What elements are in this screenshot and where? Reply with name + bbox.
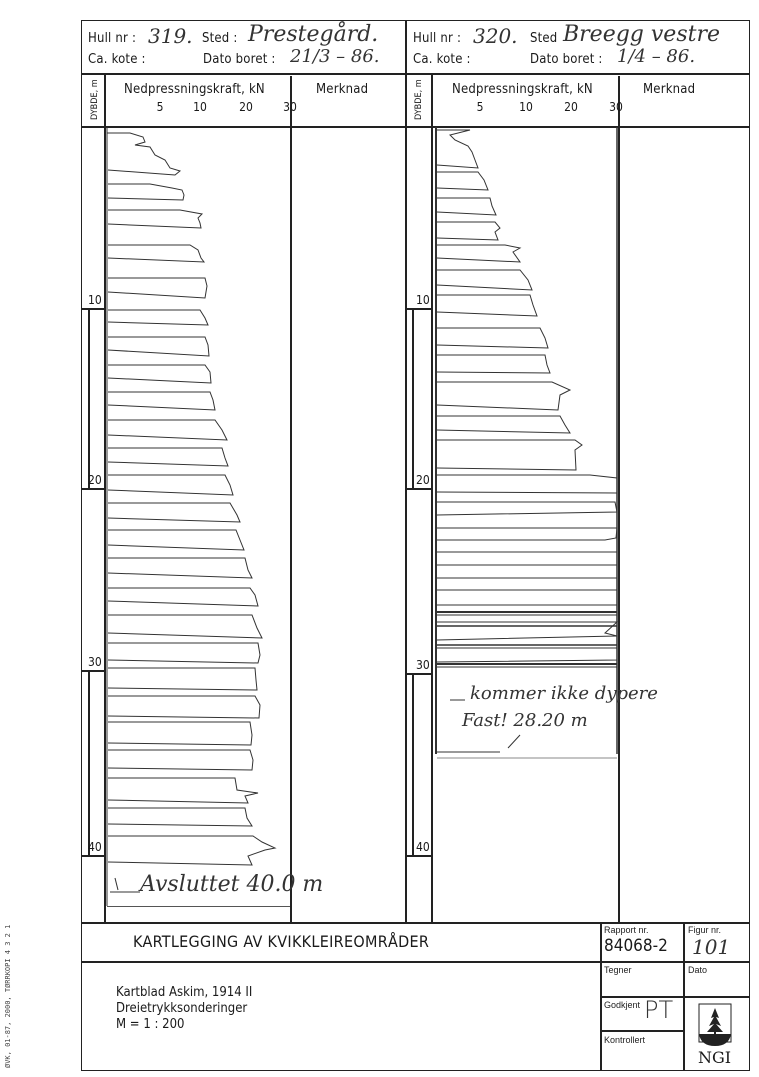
scale: M = 1 : 200 (116, 1017, 252, 1033)
figur-number: 101 (692, 935, 730, 959)
sheet-description: Kartblad Askim, 1914 II Dreietrykksonder… (116, 985, 252, 1033)
godkjent-label: Godkjent (604, 1000, 640, 1010)
sounding-curve-320 (0, 0, 759, 1077)
rapport-label: Rapport nr. (604, 925, 649, 935)
tegner-label: Tegner (604, 965, 632, 975)
refusal-note-line2: Fast! 28.20 m (462, 710, 588, 731)
figur-label: Figur nr. (688, 925, 721, 935)
kontrollert-label: Kontrollert (604, 1035, 645, 1045)
map-sheet: Kartblad Askim, 1914 II (116, 985, 252, 1001)
ngi-logo-text: NGI (698, 1048, 731, 1067)
survey-type: Dreietrykksonderinger (116, 1001, 252, 1017)
tree-icon (688, 1000, 746, 1048)
rapport-number: 84068-2 (604, 936, 668, 956)
ngi-logo: NGI (688, 1000, 746, 1068)
title-block-top-rule (81, 922, 750, 924)
title-row-rule (600, 996, 750, 998)
title-row-rule (600, 1030, 684, 1032)
dato-label: Dato (688, 965, 707, 975)
godkjent-signature: PT (644, 996, 673, 1024)
refusal-note-line1: kommer ikke dypere (470, 683, 658, 704)
project-title: KARTLEGGING AV KVIKKLEIREOMRÅDER (133, 932, 429, 951)
title-rule (81, 961, 750, 963)
